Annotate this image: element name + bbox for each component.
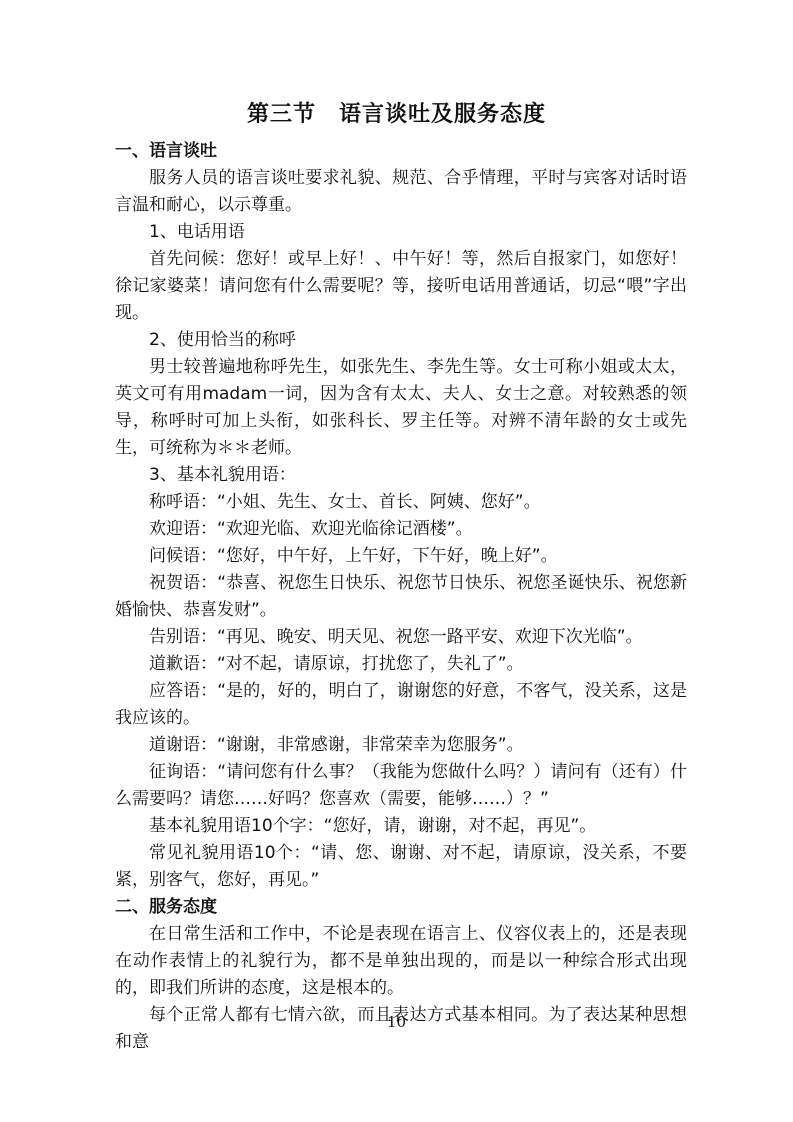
document-page: 第三节 语言谈吐及服务态度 一、语言谈吐服务人员的语言谈吐要求礼貌、规范、合乎情… (0, 0, 793, 1122)
paragraph: 在日常生活和工作中，不论是表现在语言上、仪容仪表上的，还是表现在动作表情上的礼貌… (115, 921, 687, 1002)
paragraph: 首先问候：您好！或早上好！、中午好！等，然后自报家门，如您好！徐记家婆菜！请问您… (115, 246, 687, 327)
paragraph: 2、使用恰当的称呼 (115, 327, 687, 354)
paragraph: 常见礼貌用语10个：“请、您、谢谢、对不起，请原谅，没关系，不要紧，别客气，您好… (115, 840, 687, 894)
paragraph: 男士较普遍地称呼先生，如张先生、李先生等。女士可称小姐或太太，英文可有用mada… (115, 354, 687, 462)
paragraph: 称呼语：“小姐、先生、女士、首长、阿姨、您好”。 (115, 489, 687, 516)
document-body: 一、语言谈吐服务人员的语言谈吐要求礼貌、规范、合乎情理，平时与宾客对话时语言温和… (115, 138, 687, 1056)
paragraph: 1、电话用语 (115, 219, 687, 246)
paragraph: 基本礼貌用语10个字：“您好，请，谢谢，对不起，再见”。 (115, 813, 687, 840)
paragraph: 道谢语：“谢谢，非常感谢，非常荣幸为您服务”。 (115, 732, 687, 759)
paragraph: 道歉语：“对不起，请原谅，打扰您了，失礼了”。 (115, 651, 687, 678)
page-title: 第三节 语言谈吐及服务态度 (0, 0, 793, 129)
page-number: 10 (0, 1012, 793, 1032)
paragraph: 3、基本礼貌用语： (115, 462, 687, 489)
paragraph: 应答语：“是的，好的，明白了，谢谢您的好意，不客气，没关系，这是我应该的。 (115, 678, 687, 732)
paragraph: 祝贺语：“恭喜、祝您生日快乐、祝您节日快乐、祝您圣诞快乐、祝您新婚愉快、恭喜发财… (115, 570, 687, 624)
paragraph: 服务人员的语言谈吐要求礼貌、规范、合乎情理，平时与宾客对话时语言温和耐心，以示尊… (115, 165, 687, 219)
paragraph: 征询语：“请问您有什么事？（我能为您做什么吗？）请问有（还有）什么需要吗？请您…… (115, 759, 687, 813)
section-heading: 二、服务态度 (115, 894, 687, 921)
paragraph: 欢迎语：“欢迎光临、欢迎光临徐记酒楼”。 (115, 516, 687, 543)
section-heading: 一、语言谈吐 (115, 138, 687, 165)
paragraph: 告别语：“再见、晚安、明天见、祝您一路平安、欢迎下次光临”。 (115, 624, 687, 651)
paragraph: 问候语：“您好，中午好，上午好，下午好，晚上好”。 (115, 543, 687, 570)
